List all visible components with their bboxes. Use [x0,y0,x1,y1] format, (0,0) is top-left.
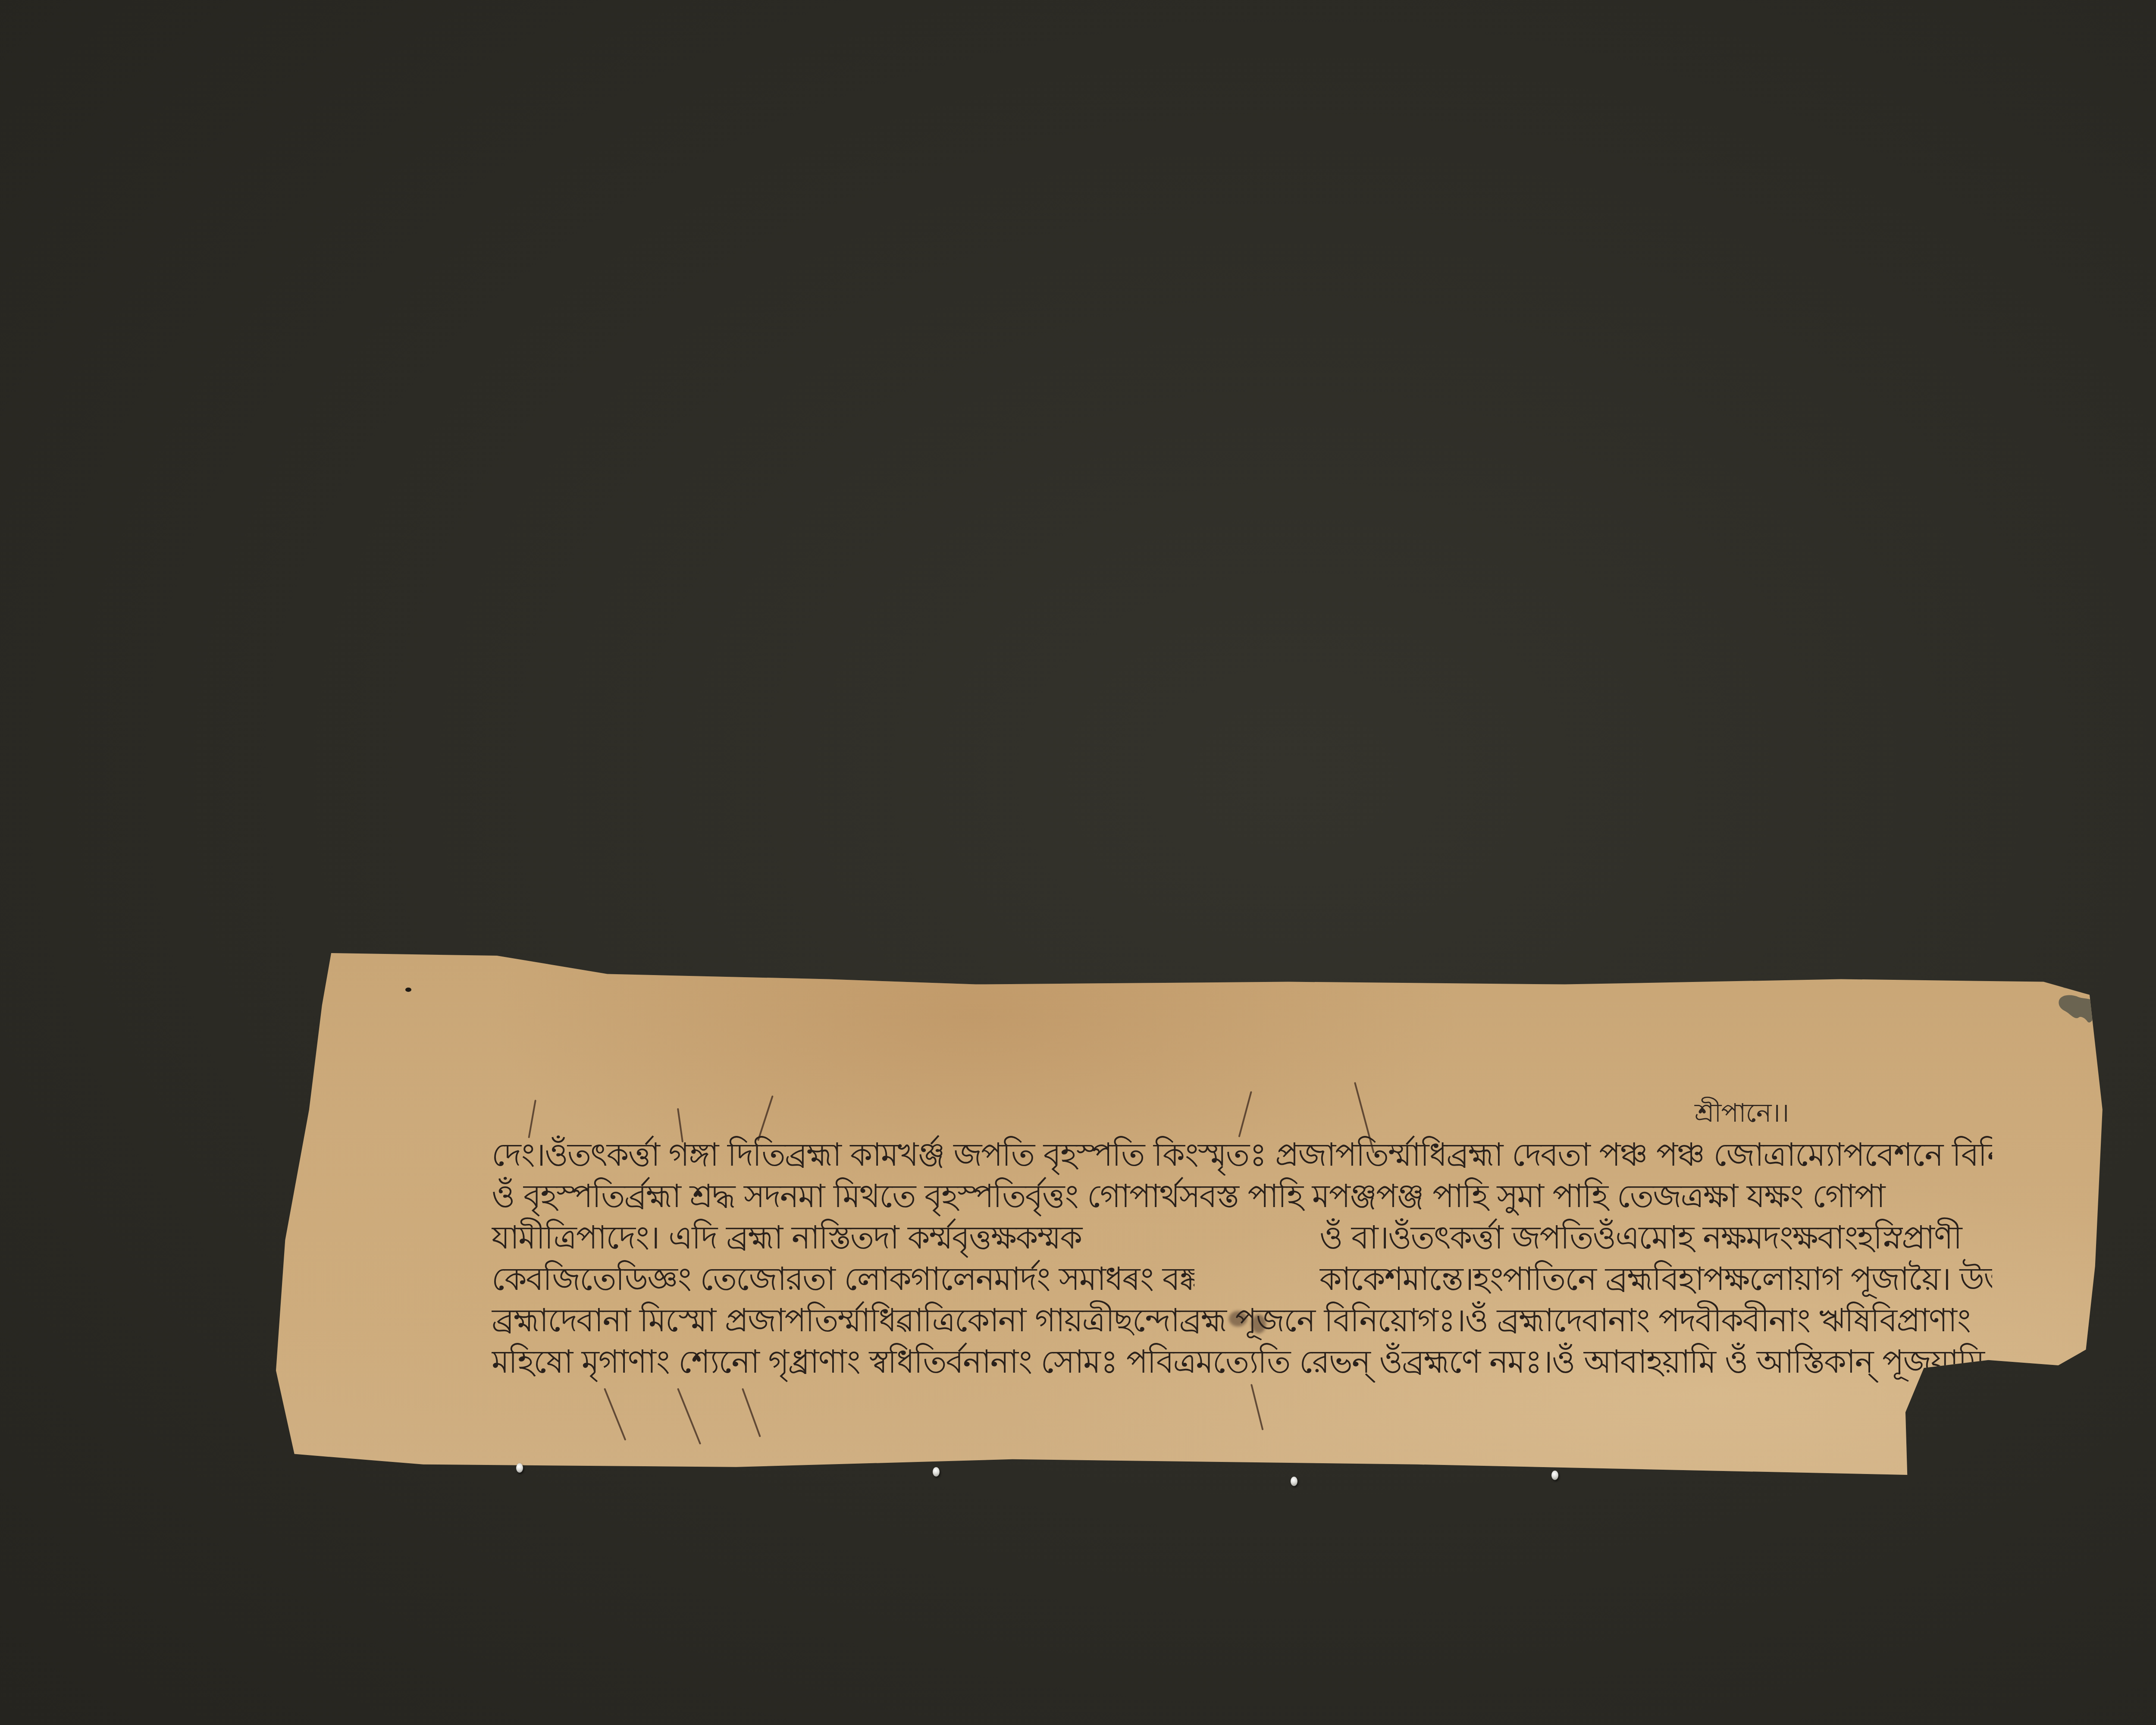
ink-flourish [677,1388,701,1445]
mounting-pin [516,1463,523,1473]
text-line-1: দেং।ওঁতৎকর্ত্তা গঙ্গা দিতিব্রহ্মা কামখর্… [492,1134,1992,1176]
mounting-pin [1291,1477,1297,1486]
text-line-4-right: কাকেশমান্তে।হংপাতিনে ব্রহ্মবিহাপক্ষলোয়া… [1319,1258,1992,1300]
ink-flourish [1250,1384,1263,1430]
manuscript-text: দেং।ওঁতৎকর্ত্তা গঙ্গা দিতিব্রহ্মা কামখর্… [492,1134,1992,1383]
text-line-5: ব্রহ্মাদেবানা মিস্মো প্রজাপতির্ম্মাধিৱাত… [492,1300,1992,1341]
text-line-4: কেবজিতেডিজ্ঞং তেজোরতা লোকগালেনমাৰ্দং সমা… [492,1258,1992,1300]
ink-flourish [1238,1091,1252,1137]
text-line-4-left: কেবজিতেডিজ্ঞং তেজোরতা লোকগালেনমাৰ্দং সমা… [492,1258,1194,1300]
wormhole [405,988,411,992]
text-line-3-right: ওঁ বা।ওঁতৎকর্ত্তা জপতিওঁএমোহ নক্ষমদংক্ষব… [1319,1217,1992,1258]
ink-flourish [742,1388,761,1437]
text-line-3-left: যামীত্রিপাদেং। এদি ব্রহ্মা নাস্তিতদা কর্… [492,1217,1194,1258]
mounting-pin [933,1467,940,1477]
text-line-6: মহিষো মৃগাণাং শ্যেনো গৃধ্রাণাং স্বধিতির্… [492,1341,1992,1383]
ink-flourish [528,1100,536,1138]
manuscript-leaf: শ্রীপানে।। দেং।ওঁতৎকর্ত্তা গঙ্গা দিতিব্র… [276,953,2117,1475]
text-line-3: যামীত্রিপাদেং। এদি ব্রহ্মা নাস্তিতদা কর্… [492,1217,1992,1258]
ink-flourish [604,1388,626,1441]
marginal-note: শ্রীপানে।। [1695,1093,1789,1136]
text-line-2: ওঁ বৃহস্পতির্ব্রহ্মা শ্রদ্ধ সদনমা মিথতে … [492,1176,1992,1217]
mounting-pin [1551,1471,1558,1480]
